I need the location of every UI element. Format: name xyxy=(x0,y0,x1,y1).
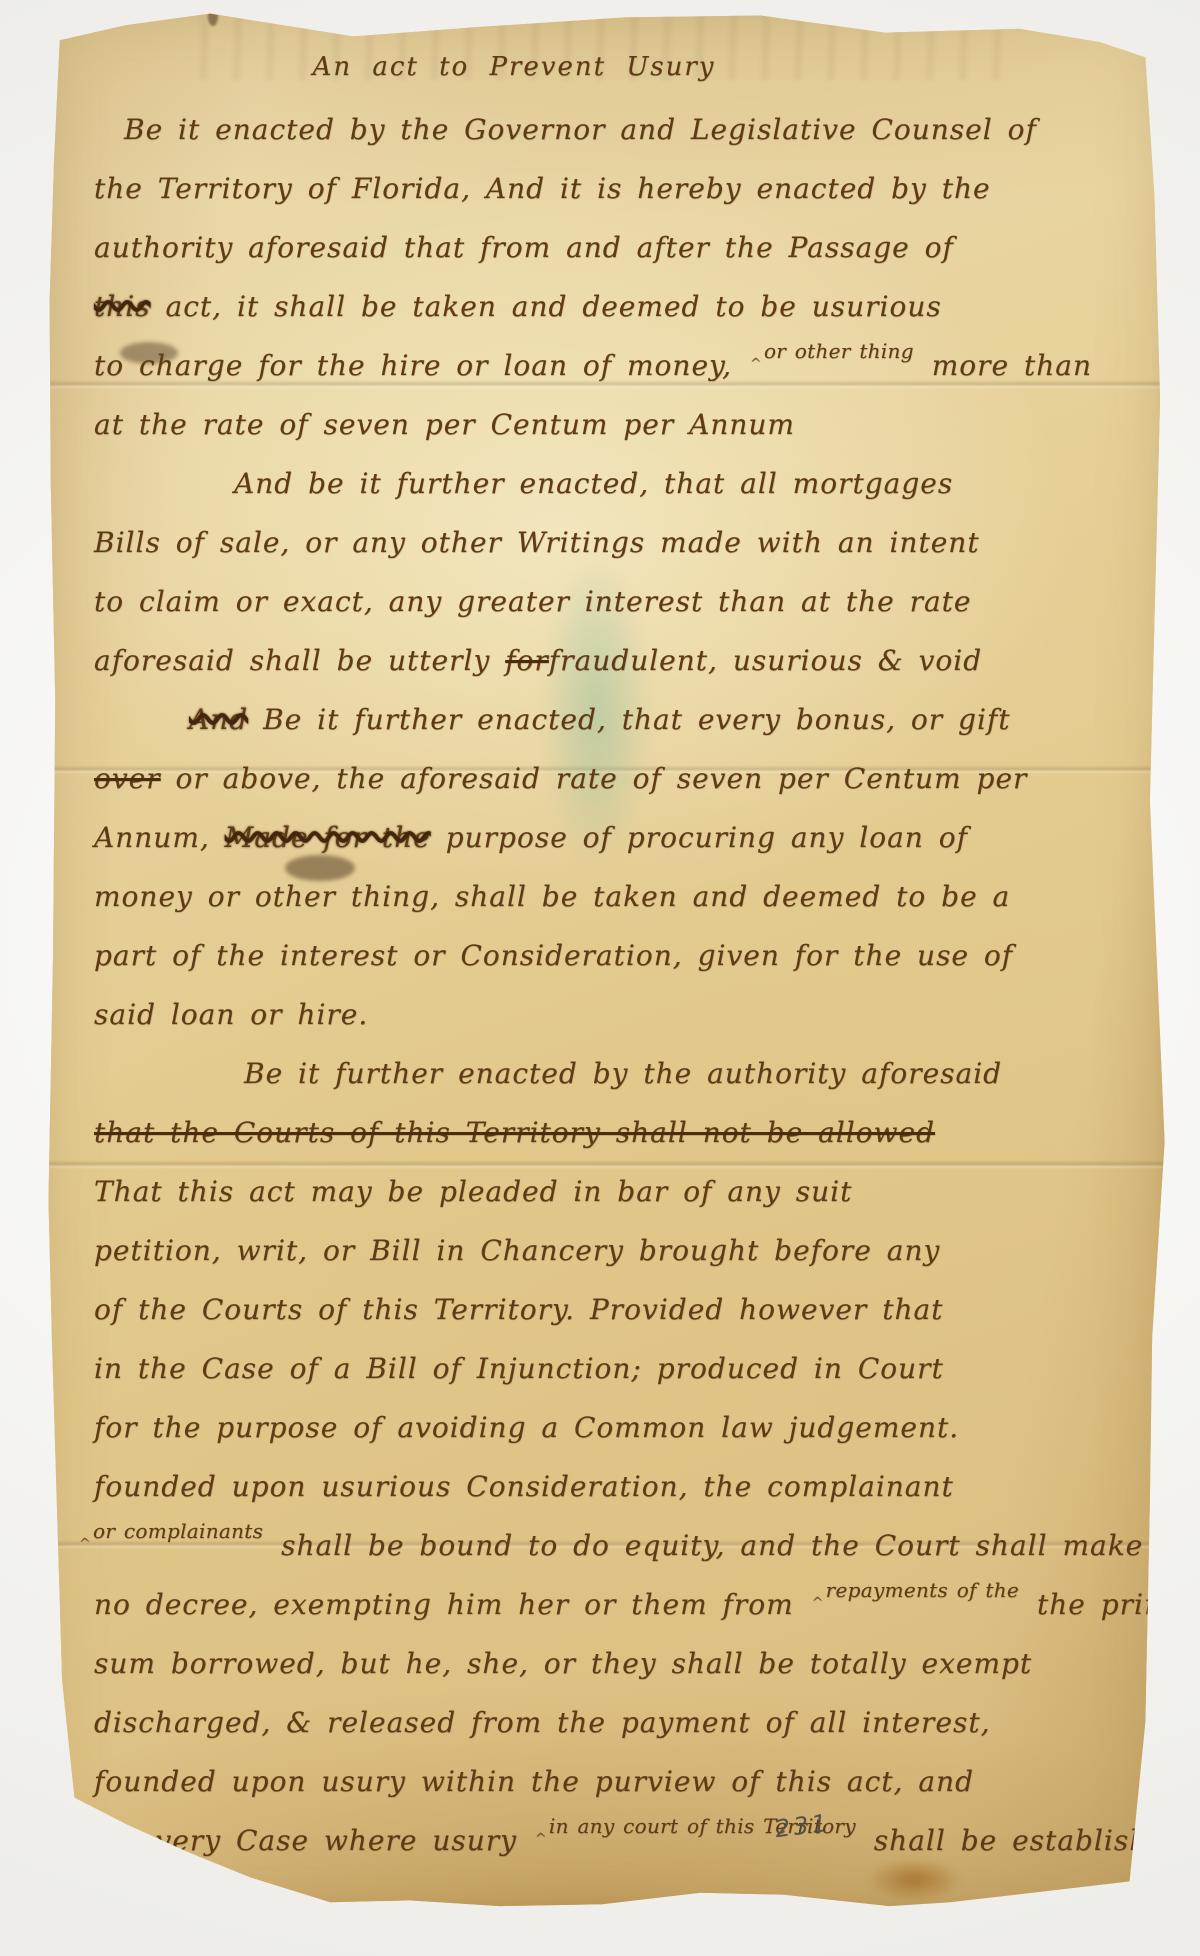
manuscript-line: founded upon usurious Consideration, the… xyxy=(94,1457,1108,1516)
manuscript-line: for the purpose of avoiding a Common law… xyxy=(94,1398,1108,1457)
manuscript-line: aforesaid shall be utterly forfraudulent… xyxy=(94,631,1108,690)
manuscript-line: authority aforesaid that from and after … xyxy=(94,218,1108,277)
manuscript-line: discharged, & released from the payment … xyxy=(94,1693,1108,1752)
manuscript-line: said loan or hire. xyxy=(94,985,1108,1044)
manuscript-line: no decree, exempting him her or them fro… xyxy=(94,1575,1108,1634)
struck-text: over xyxy=(94,762,161,795)
struck-text: this xyxy=(94,290,151,323)
text-segment: And be it further enacted, that all mort… xyxy=(234,467,953,500)
manuscript-text: An act to Prevent Usury Be it enacted by… xyxy=(94,34,1108,1870)
manuscript-line: to claim or exact, any greater interest … xyxy=(94,572,1108,631)
text-segment: purpose of procuring any loan of xyxy=(431,821,968,854)
text-segment: said loan or hire. xyxy=(94,998,368,1031)
interlined-insertion: or complainants xyxy=(79,1521,263,1544)
manuscript-line: money or other thing, shall be taken and… xyxy=(94,867,1108,926)
interlined-insertion: repayments of the xyxy=(812,1580,1019,1603)
manuscript-line: in every Case where usury in any court o… xyxy=(94,1811,1108,1870)
manuscript-line: to charge for the hire or loan of money,… xyxy=(94,336,1108,395)
manuscript-line: Be it enacted by the Governor and Legisl… xyxy=(124,100,1108,159)
text-segment: more than xyxy=(917,349,1092,382)
manuscript-line: part of the interest or Consideration, g… xyxy=(94,926,1108,985)
manuscript-line: of the Courts of this Territory. Provide… xyxy=(94,1280,1108,1339)
manuscript-line: And be it further enacted, that all mort… xyxy=(234,454,1108,513)
manuscript-line: Bills of sale, or any other Writings mad… xyxy=(94,513,1108,572)
text-segment: that the Courts of this Territory shall … xyxy=(94,1116,935,1149)
text-segment: Bills of sale, or any other Writings mad… xyxy=(94,526,980,559)
manuscript-line: sum borrowed, but he, she, or they shall… xyxy=(94,1634,1108,1693)
text-segment: to claim or exact, any greater interest … xyxy=(94,585,972,618)
manuscript-line: Be it further enacted by the authority a… xyxy=(244,1044,1108,1103)
text-segment: sum borrowed, but he, she, or they shall… xyxy=(94,1647,1032,1680)
interlined-insertion: or other thing xyxy=(750,341,914,364)
text-segment: Be it further enacted by the authority a… xyxy=(244,1057,1002,1090)
text-segment: That this act may be pleaded in bar of a… xyxy=(94,1175,852,1208)
text-segment: for the purpose of avoiding a Common law… xyxy=(94,1411,959,1444)
text-segment: petition, writ, or Bill in Chancery brou… xyxy=(94,1234,940,1267)
text-segment: money or other thing, shall be taken and… xyxy=(94,880,1010,913)
manuscript-paper: An act to Prevent Usury Be it enacted by… xyxy=(36,6,1168,1908)
text-segment: no decree, exempting him her or them fro… xyxy=(94,1588,809,1621)
manuscript-lines: Be it enacted by the Governor and Legisl… xyxy=(94,100,1108,1870)
text-segment: aforesaid shall be utterly xyxy=(94,644,505,677)
text-segment: at the rate of seven per Centum per Annu… xyxy=(94,408,795,441)
manuscript-line: or complainants shall be bound to do equ… xyxy=(76,1516,1108,1575)
text-segment: in the Case of a Bill of Injunction; pro… xyxy=(94,1352,944,1385)
text-segment: the Territory of Florida, And it is here… xyxy=(94,172,991,205)
manuscript-line: founded upon usury within the purview of… xyxy=(94,1752,1108,1811)
text-segment: or above, the aforesaid rate of seven pe… xyxy=(161,762,1028,795)
struck-text: And xyxy=(189,703,248,736)
manuscript-line: the Territory of Florida, And it is here… xyxy=(94,159,1108,218)
text-segment: shall be bound to do equity, and the Cou… xyxy=(266,1529,1143,1562)
manuscript-line: at the rate of seven per Centum per Annu… xyxy=(94,395,1108,454)
text-segment: to charge for the hire or loan of money, xyxy=(94,349,747,382)
text-segment: Be it enacted by the Governor and Legisl… xyxy=(124,113,1037,146)
text-segment: founded upon usury within the purview of… xyxy=(94,1765,974,1798)
manuscript-line: over or above, the aforesaid rate of sev… xyxy=(94,749,1108,808)
document-title: An act to Prevent Usury xyxy=(134,34,894,100)
struck-text: Made for the xyxy=(225,821,431,854)
text-segment: act, it shall be taken and deemed to be … xyxy=(151,290,942,323)
text-segment: discharged, & released from the payment … xyxy=(94,1706,991,1739)
manuscript-line: Annum, Made for the purpose of procuring… xyxy=(94,808,1108,867)
manuscript-line: That this act may be pleaded in bar of a… xyxy=(94,1162,1108,1221)
manuscript-line: petition, writ, or Bill in Chancery brou… xyxy=(94,1221,1108,1280)
text-segment: part of the interest or Consideration, g… xyxy=(94,939,1013,972)
text-segment: Be it further enacted, that every bonus,… xyxy=(248,703,1010,736)
manuscript-line-struck: that the Courts of this Territory shall … xyxy=(94,1103,1108,1162)
manuscript-line: this act, it shall be taken and deemed t… xyxy=(94,277,1108,336)
text-segment: of the Courts of this Territory. Provide… xyxy=(94,1293,943,1326)
text-segment: Annum, xyxy=(94,821,225,854)
struck-text: for xyxy=(505,644,549,677)
text-segment: founded upon usurious Consideration, the… xyxy=(94,1470,954,1503)
manuscript-line: And Be it further enacted, that every bo… xyxy=(189,690,1108,749)
text-segment: authority aforesaid that from and after … xyxy=(94,231,954,264)
manuscript-line: in the Case of a Bill of Injunction; pro… xyxy=(94,1339,1108,1398)
text-segment: fraudulent, usurious & void xyxy=(549,644,982,677)
